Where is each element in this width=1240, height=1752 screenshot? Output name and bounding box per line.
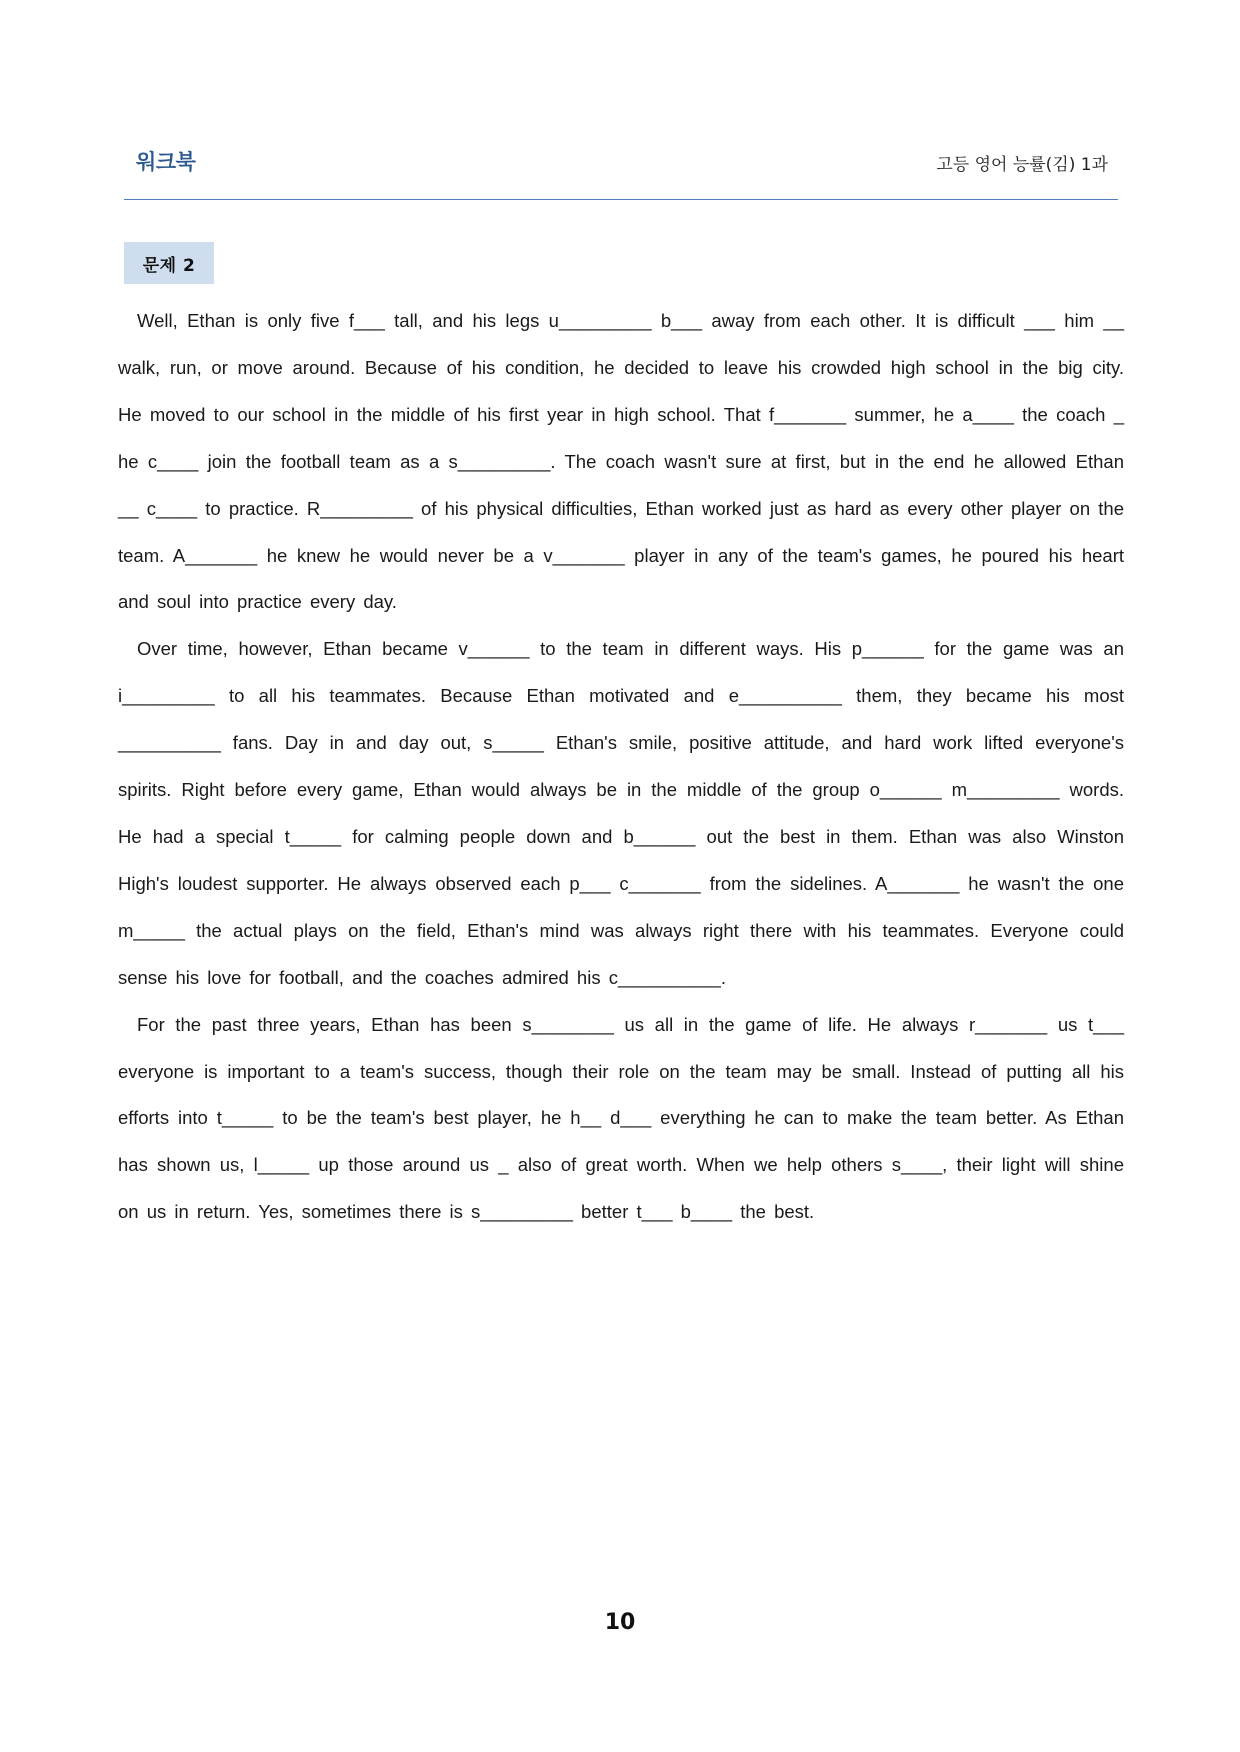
header-subtitle: 고등 영어 능률(김) 1과 [936,150,1108,175]
passage-paragraph: For the past three years, Ethan has been… [118,1002,1124,1237]
header-title: 워크북 [136,146,195,176]
passage: Well, Ethan is only five f___ tall, and … [118,298,1124,1236]
header-divider [124,199,1118,200]
page-number: 10 [0,1610,1240,1635]
question-badge: 문제 2 [124,242,214,284]
passage-paragraph: Well, Ethan is only five f___ tall, and … [118,298,1124,626]
passage-paragraph: Over time, however, Ethan became v______… [118,626,1124,1001]
